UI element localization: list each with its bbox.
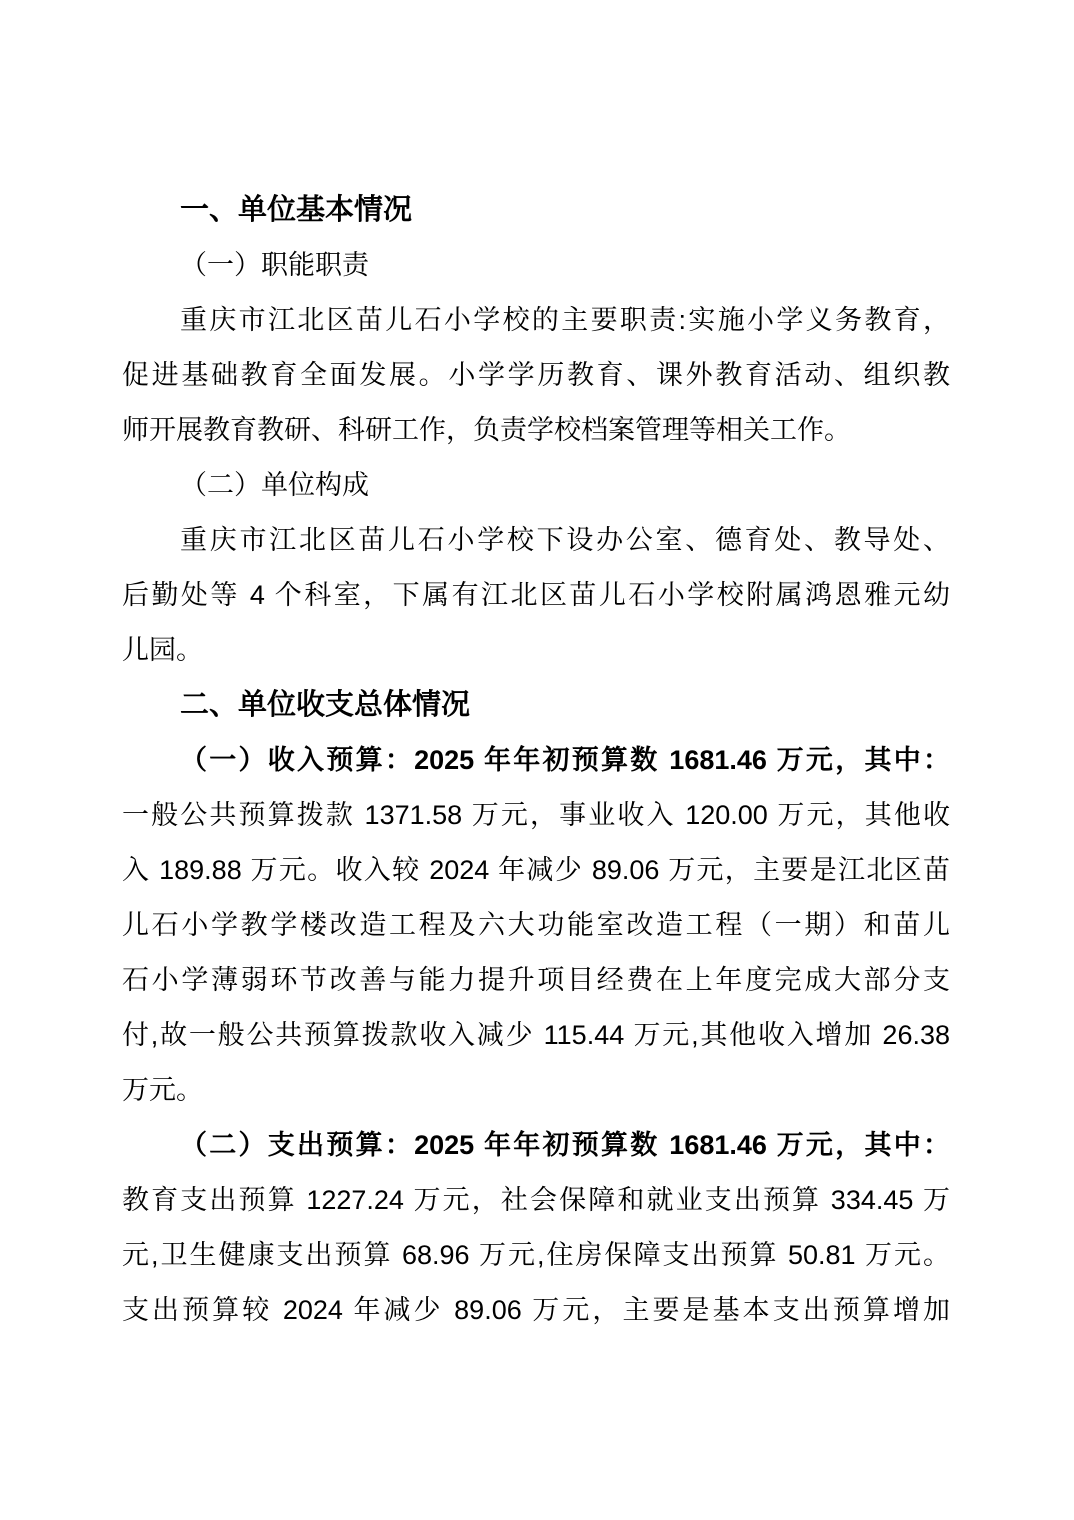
document-page: 一、单位基本情况 （一）职能职责 重庆市江北区苗儿石小学校的主要职责:实施小学义… (0, 0, 1074, 1520)
functions-paragraph-line2: 促进基础教育全面发展。小学学历教育、课外教育活动、组织教 (122, 348, 950, 403)
section1-sub1-heading: （一）职能职责 (122, 238, 950, 293)
section1-heading: 一、单位基本情况 (122, 183, 950, 238)
composition-paragraph-line3: 儿园。 (122, 623, 950, 678)
income-paragraph-line2: 一般公共预算拨款 1371.58 万元，事业收入 120.00 万元，其他收 (122, 788, 950, 843)
expense-paragraph-line1: （二）支出预算：2025 年年初预算数 1681.46 万元，其中： (122, 1118, 950, 1173)
functions-paragraph-line3: 师开展教育教研、科研工作，负责学校档案管理等相关工作。 (122, 403, 950, 458)
income-paragraph-line7: 万元。 (122, 1063, 950, 1118)
income-paragraph-line3: 入 189.88 万元。收入较 2024 年减少 89.06 万元，主要是江北区… (122, 843, 950, 898)
income-paragraph-line5: 石小学薄弱环节改善与能力提升项目经费在上年度完成大部分支 (122, 953, 950, 1008)
composition-paragraph-line2: 后勤处等 4 个科室，下属有江北区苗儿石小学校附属鸿恩雅元幼 (122, 568, 950, 623)
expense-paragraph-line4: 支出预算较 2024 年减少 89.06 万元，主要是基本支出预算增加 (122, 1283, 950, 1338)
section2-heading: 二、单位收支总体情况 (122, 678, 950, 733)
expense-paragraph-line3: 元,卫生健康支出预算 68.96 万元,住房保障支出预算 50.81 万元。 (122, 1228, 950, 1283)
income-paragraph-line1: （一）收入预算：2025 年年初预算数 1681.46 万元，其中： (122, 733, 950, 788)
functions-paragraph-line1: 重庆市江北区苗儿石小学校的主要职责:实施小学义务教育， (122, 293, 950, 348)
income-paragraph-line4: 儿石小学教学楼改造工程及六大功能室改造工程（一期）和苗儿 (122, 898, 950, 953)
composition-paragraph-line1: 重庆市江北区苗儿石小学校下设办公室、德育处、教导处、 (122, 513, 950, 568)
section1-sub2-heading: （二）单位构成 (122, 458, 950, 513)
expense-paragraph-line2: 教育支出预算 1227.24 万元，社会保障和就业支出预算 334.45 万 (122, 1173, 950, 1228)
income-paragraph-line6: 付,故一般公共预算拨款收入减少 115.44 万元,其他收入增加 26.38 (122, 1008, 950, 1063)
document-content: 一、单位基本情况 （一）职能职责 重庆市江北区苗儿石小学校的主要职责:实施小学义… (0, 0, 1074, 1338)
